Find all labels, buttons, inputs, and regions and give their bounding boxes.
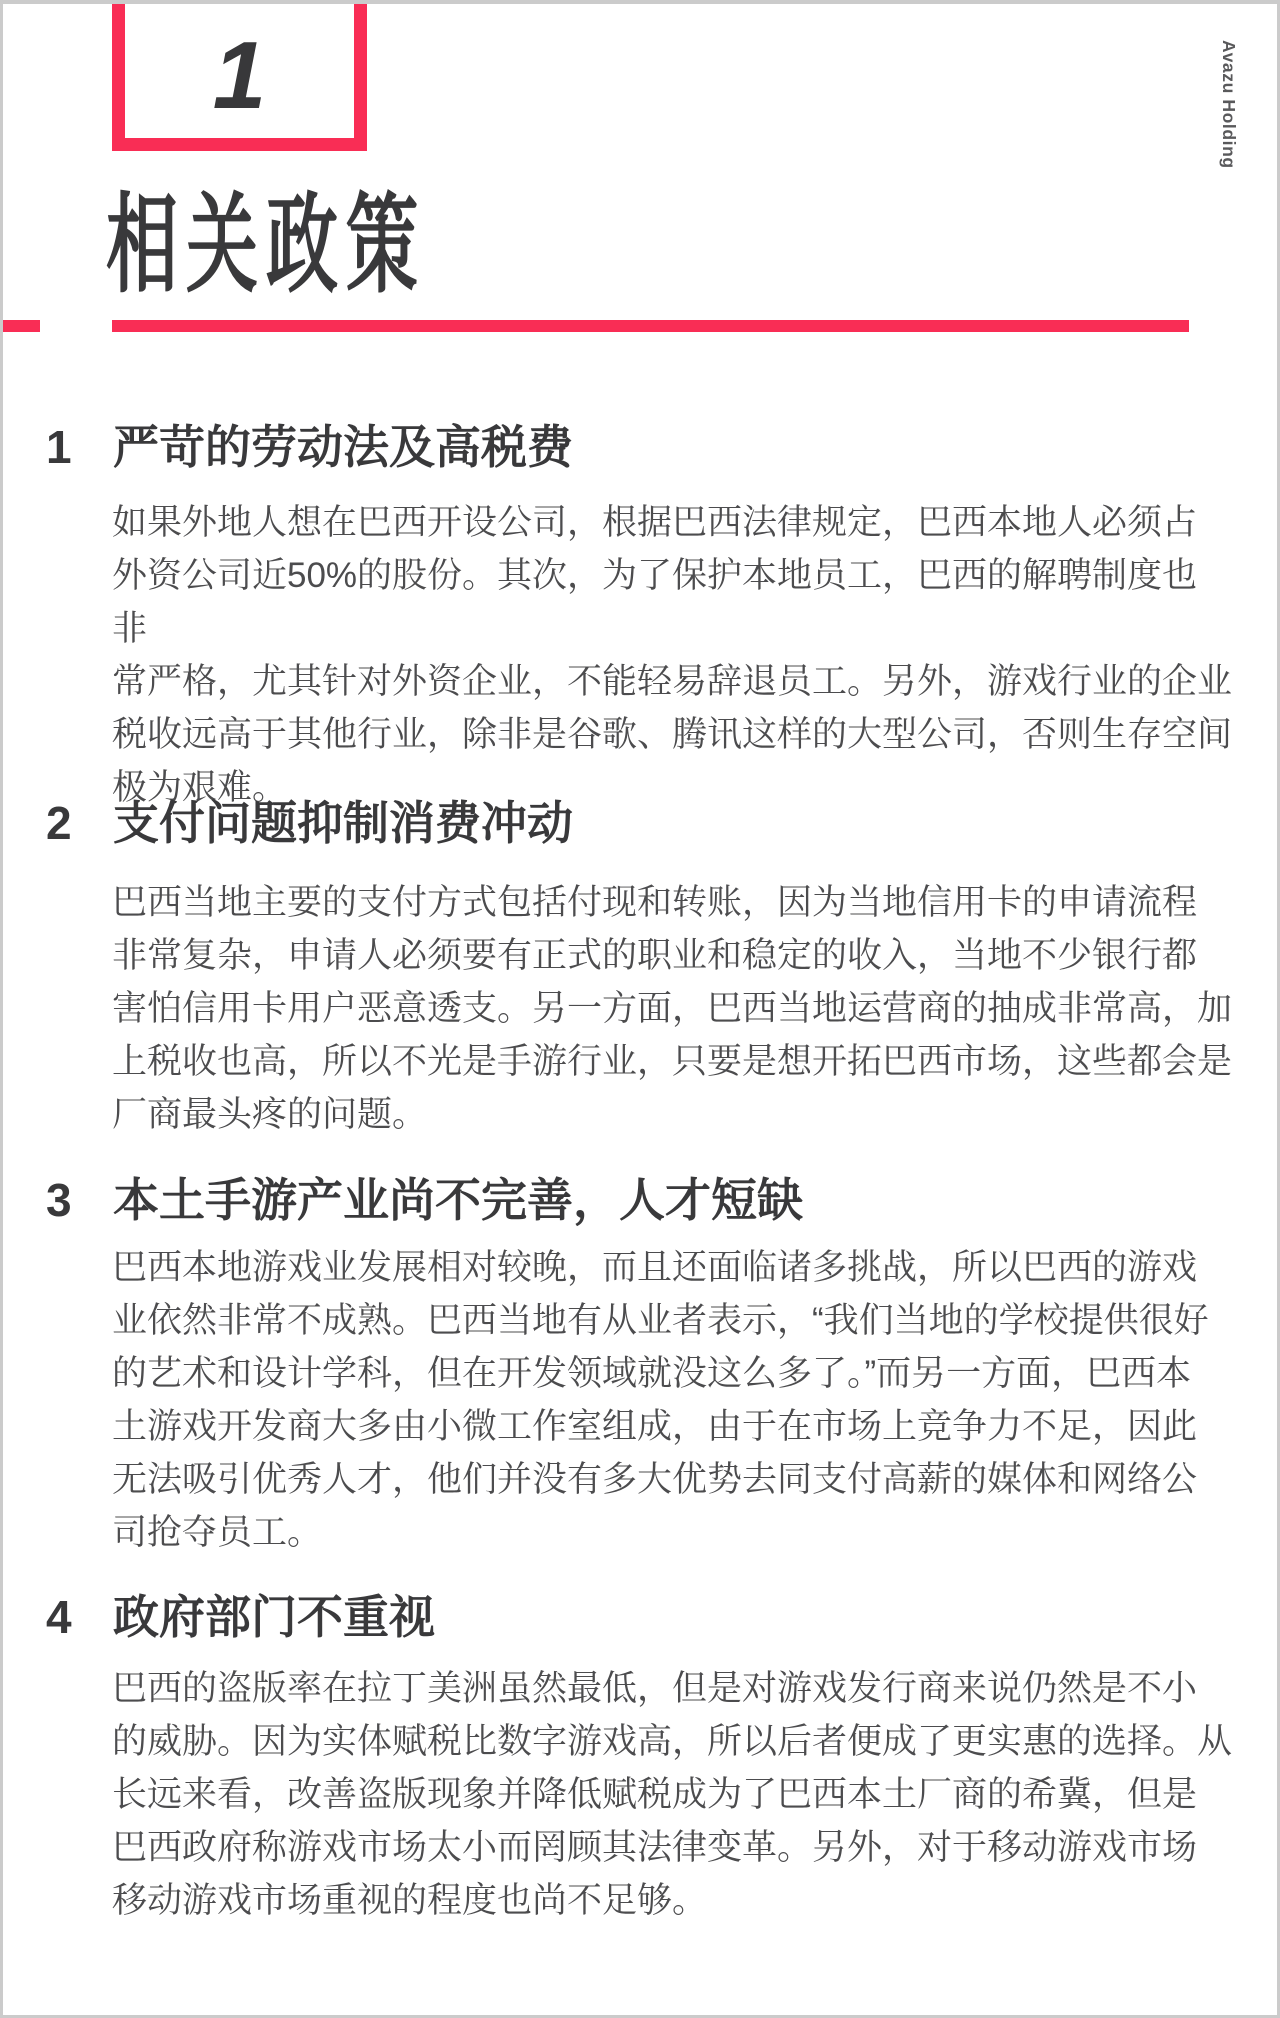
accent-bar-left-segment (0, 320, 40, 332)
section-2-body: 巴西当地主要的支付方式包括付现和转账，因为当地信用卡的申请流程 非常复杂，申请人… (112, 876, 1232, 1141)
page-edge-top (0, 0, 1280, 4)
section-2-heading: 支付问题抑制消费冲动 (113, 800, 573, 846)
section-4-heading: 政府部门不重视 (113, 1594, 435, 1640)
section-2-heading-row: 2 支付问题抑制消费冲动 (0, 800, 1280, 852)
page-title: 相关政策 (106, 192, 426, 300)
section-3-number: 3 (46, 1177, 72, 1223)
section-1-number: 1 (46, 424, 72, 470)
brand-side-label: Avazu Holding (1218, 40, 1239, 169)
section-3-heading-row: 3 本土手游产业尚不完善，人才短缺 (0, 1177, 1280, 1229)
report-page: 1 Avazu Holding 相关政策 1 严苛的劳动法及高税费 如果外地人想… (0, 0, 1280, 2018)
section-3-body: 巴西本地游戏业发展相对较晚，而且还面临诸多挑战，所以巴西的游戏 业依然非常不成熟… (112, 1241, 1232, 1559)
section-1-heading-row: 1 严苛的劳动法及高税费 (0, 424, 1280, 476)
section-3-heading: 本土手游产业尚不完善，人才短缺 (113, 1177, 803, 1223)
page-edge-left (0, 0, 3, 2018)
section-4-body: 巴西的盗版率在拉丁美洲虽然最低，但是对游戏发行商来说仍然是不小 的威胁。因为实体… (112, 1662, 1232, 1927)
section-2-number: 2 (46, 800, 72, 846)
section-4-number: 4 (46, 1594, 72, 1640)
chapter-number-box: 1 (112, 0, 367, 151)
section-1-body: 如果外地人想在巴西开设公司，根据巴西法律规定，巴西本地人必须占 外资公司近50%… (112, 496, 1232, 814)
section-4-heading-row: 4 政府部门不重视 (0, 1594, 1280, 1646)
accent-bar-main-segment (112, 320, 1189, 332)
section-1-heading: 严苛的劳动法及高税费 (113, 424, 573, 470)
chapter-number: 1 (213, 14, 266, 124)
